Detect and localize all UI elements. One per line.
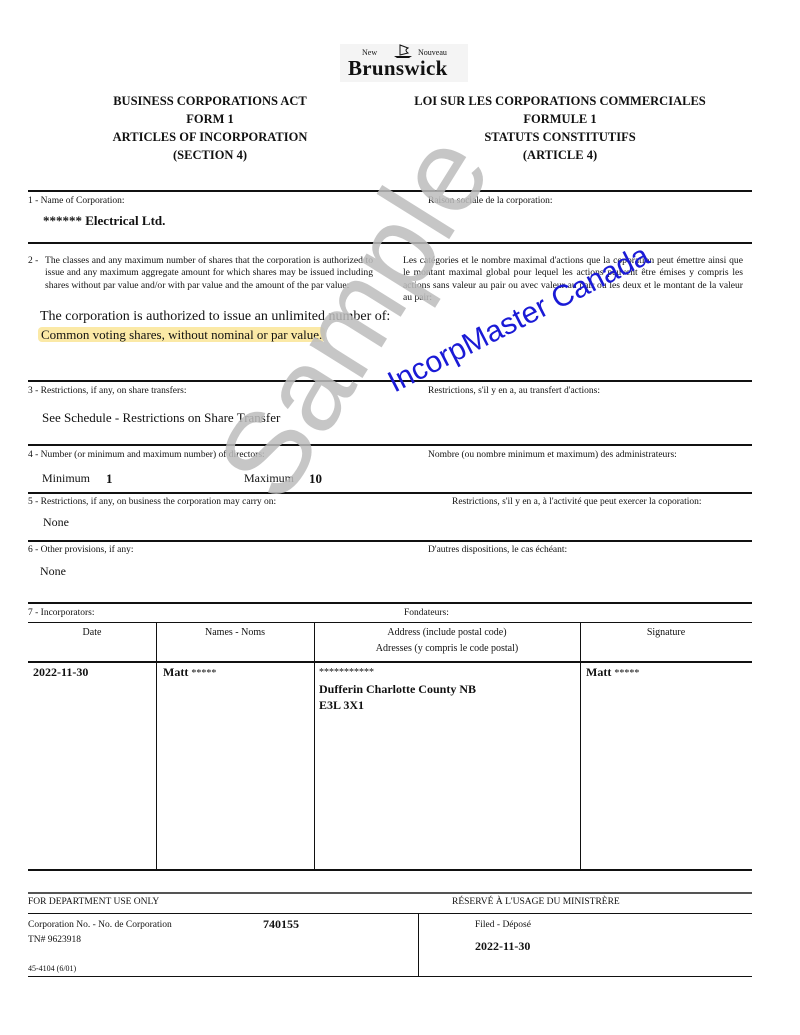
table-header-border: [28, 661, 752, 663]
act-title: BUSINESS CORPORATIONS ACT: [60, 92, 360, 110]
footer-divider: [418, 913, 419, 976]
business-restrictions: None: [43, 515, 69, 530]
min-directors-value: 1: [106, 471, 113, 487]
corporation-name: ****** Electrical Ltd.: [43, 213, 165, 229]
corp-no-label: Corporation No. - No. de Corporation: [28, 920, 172, 930]
table-bottom-border: [28, 869, 752, 871]
share-transfer-restrictions: See Schedule - Restrictions on Share Tra…: [42, 410, 280, 426]
divider: [28, 540, 752, 542]
col-signature: Signature: [580, 627, 752, 638]
share-class-highlight: Common voting shares, without nominal or…: [38, 327, 325, 342]
s4-label: 4 - Number (or minimum and maximum numbe…: [28, 450, 265, 460]
form-number: FORM 1: [60, 110, 360, 128]
header-english: BUSINESS CORPORATIONS ACT FORM 1 ARTICLE…: [60, 92, 360, 164]
header-french: LOI SUR LES CORPORATIONS COMMERCIALES FO…: [395, 92, 725, 164]
form-section-fr: (ARTICLE 4): [395, 146, 725, 164]
form-number-fr: FORMULE 1: [395, 110, 725, 128]
col-address: Address (include postal code): [314, 627, 580, 638]
s5-label-fr: Restrictions, s'il y en a, à l'activité …: [452, 497, 702, 507]
col-names: Names - Noms: [156, 627, 314, 638]
table-top-border: [28, 622, 752, 623]
s2-label-fr: Les catégories et le nombre maximal d'ac…: [403, 255, 743, 305]
form-title-fr: STATUTS CONSTITUTIFS: [395, 128, 725, 146]
logo-brunswick: Brunswick: [348, 56, 448, 81]
s6-label: 6 - Other provisions, if any:: [28, 545, 134, 555]
act-title-fr: LOI SUR LES CORPORATIONS COMMERCIALES: [395, 92, 725, 110]
other-provisions: None: [40, 564, 66, 579]
share-structure-line1: The corporation is authorized to issue a…: [40, 309, 390, 325]
form-section: (SECTION 4): [60, 146, 360, 164]
divider: [28, 892, 752, 894]
dept-use-label-fr: RÉSERVÉ À L'USAGE DU MINISTRÈRE: [452, 897, 620, 907]
filed-date: 2022-11-30: [475, 939, 530, 954]
form-code: 45-4104 (6/01): [28, 964, 76, 973]
nb-logo: New Nouveau Brunswick: [340, 44, 468, 82]
corp-no-value: 740155: [263, 917, 299, 932]
s3-label-fr: Restrictions, s'il y en a, au transfert …: [428, 386, 600, 396]
max-directors-label: Maximum: [244, 471, 294, 486]
column-divider: [580, 622, 581, 869]
divider: [28, 444, 752, 446]
divider: [28, 976, 752, 977]
form-title: ARTICLES OF INCORPORATION: [60, 128, 360, 146]
share-structure-line2: Common voting shares, without nominal or…: [38, 327, 325, 343]
s2-number: 2 -: [28, 256, 38, 266]
s4-label-fr: Nombre (ou nombre minimum et maximum) de…: [428, 450, 677, 460]
column-divider: [156, 622, 157, 869]
incorporator-signature: Matt *****: [586, 665, 639, 680]
max-directors-value: 10: [309, 471, 322, 487]
filed-label: Filed - Déposé: [475, 920, 531, 930]
s3-label: 3 - Restrictions, if any, on share trans…: [28, 386, 186, 396]
incorporator-date: 2022-11-30: [33, 665, 88, 680]
divider: [28, 190, 752, 192]
s7-label: 7 - Incorporators:: [28, 608, 94, 618]
divider: [28, 492, 752, 494]
incorporator-address: *********** Dufferin Charlotte County NB…: [319, 665, 476, 713]
incorporator-name: Matt *****: [163, 665, 216, 680]
min-directors-label: Minimum: [42, 471, 90, 486]
col-address-fr: Adresses (y compris le code postal): [314, 643, 580, 654]
divider: [28, 602, 752, 604]
dept-use-label: FOR DEPARTMENT USE ONLY: [28, 897, 159, 907]
s1-label: 1 - Name of Corporation:: [28, 196, 125, 206]
s6-label-fr: D'autres dispositions, le cas échéant:: [428, 545, 567, 555]
column-divider: [314, 622, 315, 869]
divider: [28, 913, 752, 914]
s5-label: 5 - Restrictions, if any, on business th…: [28, 497, 276, 507]
s7-label-fr: Fondateurs:: [404, 608, 449, 618]
tn-number: TN# 9623918: [28, 935, 81, 945]
s2-label: The classes and any maximum number of sh…: [45, 255, 373, 292]
col-date: Date: [28, 627, 156, 638]
divider: [28, 242, 752, 244]
s1-label-fr: Raison sociale de la corporation:: [428, 196, 553, 206]
divider: [28, 380, 752, 382]
